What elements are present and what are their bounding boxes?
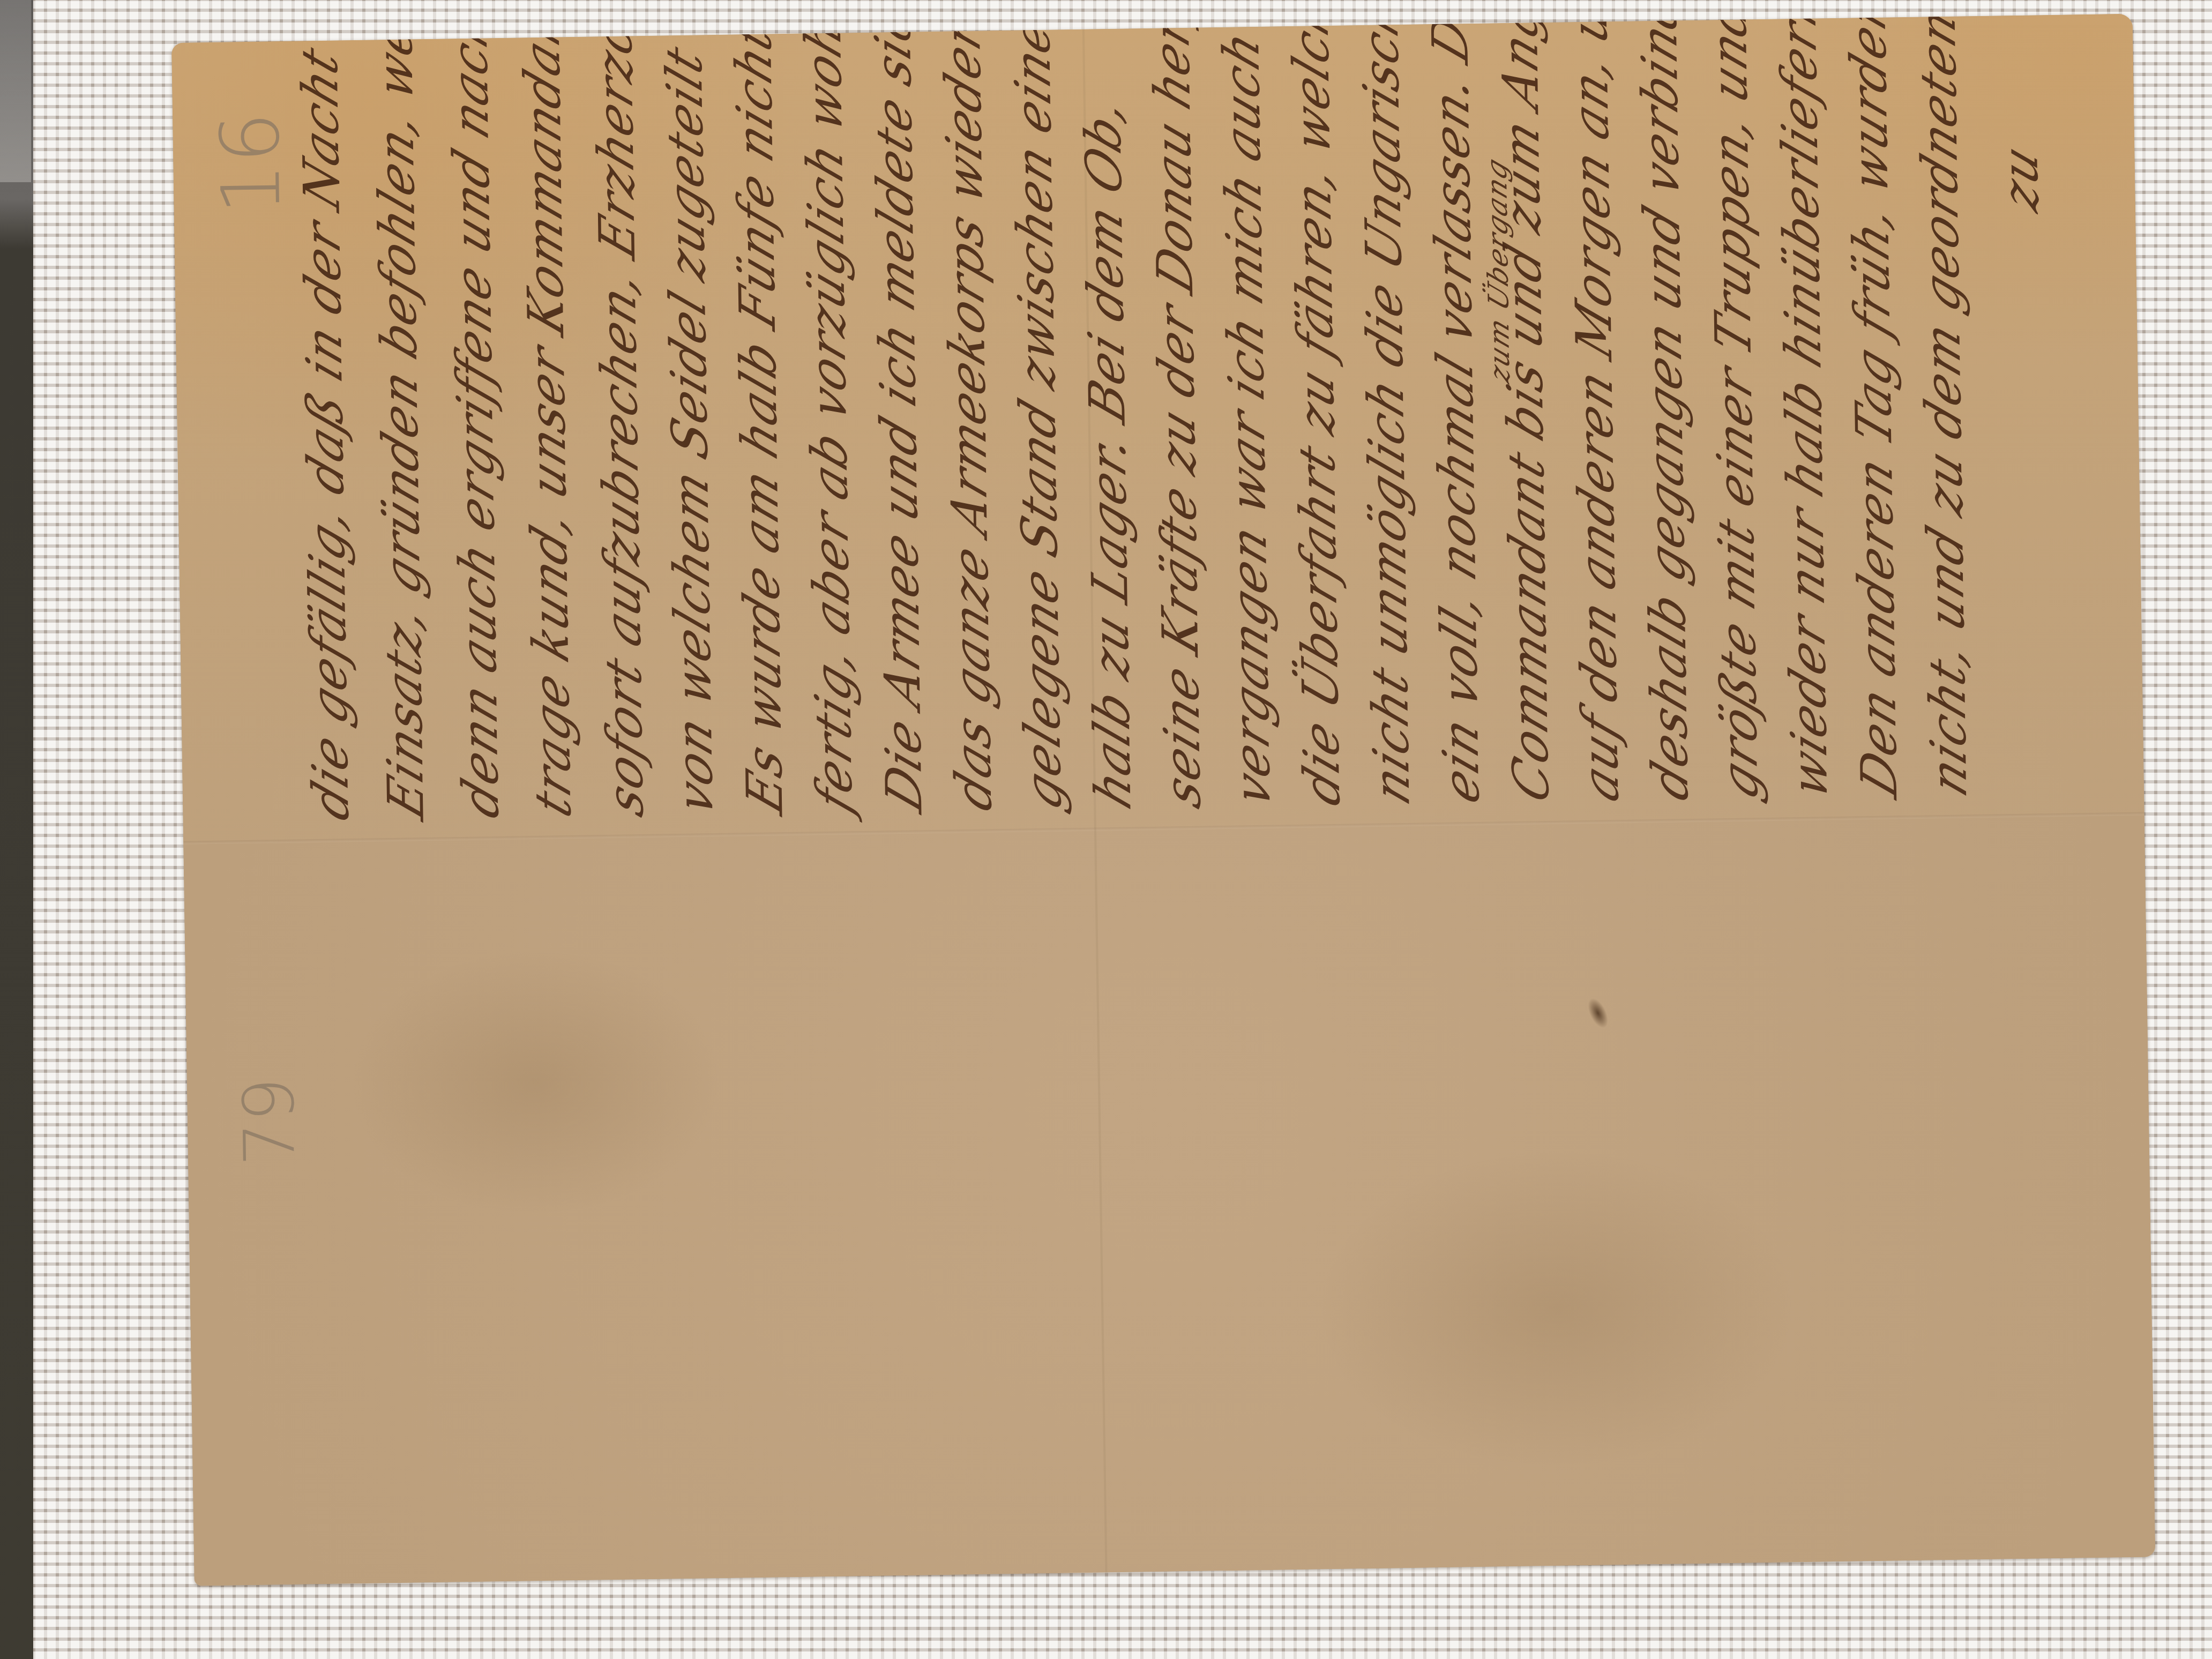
text-line: Es wurde am halb Fünfe nicht, [724, 14, 794, 821]
text-line: die Überfahrt zu fähren, welche [1281, 14, 1351, 813]
ink-spot [1584, 995, 1612, 1031]
background-object [0, 0, 31, 182]
folio-number: 16 [204, 111, 298, 215]
archive-number: 79 [228, 1077, 310, 1167]
paper-stain [1313, 1144, 1800, 1473]
text-line: größte mit einer Truppen, und [1700, 14, 1769, 807]
dark-surface-edge [0, 0, 33, 1659]
text-line: trage kund, unser Kommandant [512, 14, 582, 825]
manuscript-page: 16 79 die gefällig, daß in der Nacht mün… [171, 14, 2155, 1586]
paper-stain [346, 946, 724, 1219]
text-line: halb zu Lager. Bei dem Ob, [1074, 88, 1142, 816]
interlinear-insertion: zum Übergang [1481, 153, 1516, 387]
text-line: Die Armee und ich meldete sich [863, 14, 933, 819]
text-line: wieder nur halb hinüberliefern. [1769, 14, 1839, 806]
